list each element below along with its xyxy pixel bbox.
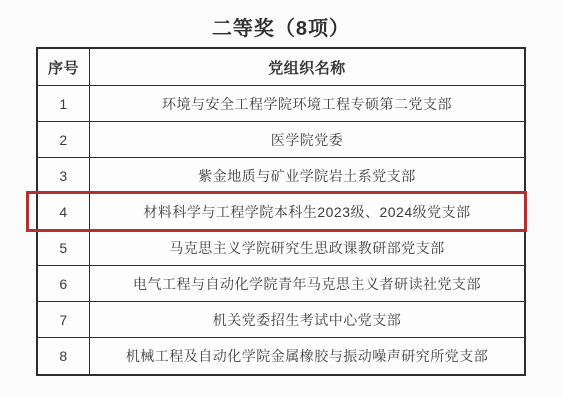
- row-org-name: 材料科学与工程学院本科生2023级、2024级党支部: [90, 194, 524, 229]
- row-org-name: 环境与安全工程学院环境工程专硕第二党支部: [90, 86, 524, 121]
- row-number: 3: [38, 158, 90, 193]
- row-number: 6: [38, 266, 90, 301]
- award-table: 序号 党组织名称 1环境与安全工程学院环境工程专硕第二党支部2医学院党委3紫金地…: [36, 47, 526, 376]
- table-row: 3紫金地质与矿业学院岩土系党支部: [38, 158, 524, 194]
- row-org-name: 机械工程及自动化学院金属橡胶与振动噪声研究所党支部: [90, 338, 524, 374]
- document-page: 二等奖（8项） 序号 党组织名称 1环境与安全工程学院环境工程专硕第二党支部2医…: [0, 0, 562, 398]
- table-row: 6电气工程与自动化学院青年马克思主义者研读社党支部: [38, 266, 524, 302]
- table-row: 4材料科学与工程学院本科生2023级、2024级党支部: [38, 194, 524, 230]
- table-row: 7机关党委招生考试中心党支部: [38, 302, 524, 338]
- header-number: 序号: [38, 49, 90, 85]
- row-number: 7: [38, 302, 90, 337]
- row-number: 8: [38, 338, 90, 374]
- row-number: 4: [38, 194, 90, 229]
- row-org-name: 医学院党委: [90, 122, 524, 157]
- row-number: 5: [38, 230, 90, 265]
- table-row: 2医学院党委: [38, 122, 524, 158]
- row-org-name: 电气工程与自动化学院青年马克思主义者研读社党支部: [90, 266, 524, 301]
- row-org-name: 紫金地质与矿业学院岩土系党支部: [90, 158, 524, 193]
- header-org-name: 党组织名称: [90, 49, 524, 85]
- table-row: 1环境与安全工程学院环境工程专硕第二党支部: [38, 86, 524, 122]
- page-title: 二等奖（8项）: [0, 12, 562, 41]
- table-row: 8机械工程及自动化学院金属橡胶与振动噪声研究所党支部: [38, 338, 524, 374]
- row-org-name: 马克思主义学院研究生思政课教研部党支部: [90, 230, 524, 265]
- table-header-row: 序号 党组织名称: [38, 49, 524, 86]
- row-org-name: 机关党委招生考试中心党支部: [90, 302, 524, 337]
- row-number: 2: [38, 122, 90, 157]
- row-number: 1: [38, 86, 90, 121]
- table-row: 5马克思主义学院研究生思政课教研部党支部: [38, 230, 524, 266]
